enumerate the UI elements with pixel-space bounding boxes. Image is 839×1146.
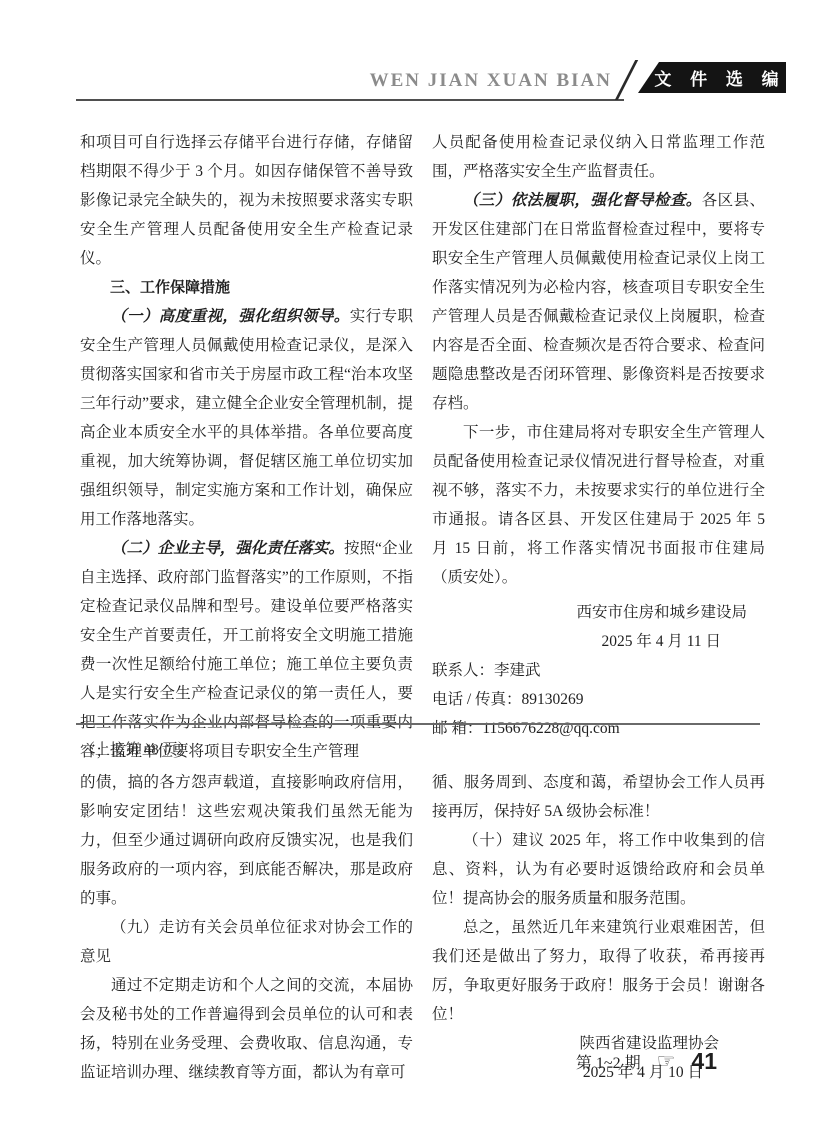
paragraph: 通过不定期走访和个人之间的交流，本届协会及秘书处的工作普遍得到会员单位的认可和表… (80, 971, 413, 1087)
document-page: WEN JIAN XUAN BIAN 文 件 选 编 和项目可自行选择云存储平台… (0, 0, 839, 1146)
section-divider-rule (76, 723, 760, 725)
paragraph: 循、服务周到、态度和蔼，希望协会工作人员再接再厉，保持好 5A 级协会标准！ (432, 768, 765, 826)
contact-block: 联系人：李建武 电话 / 传真：89130269 邮 箱：1156676228@… (432, 656, 765, 743)
signature-date: 2025 年 4 月 11 日 (432, 627, 765, 656)
paragraph: （二）企业主导，强化责任落实。按照“企业自主选择、政府部门监督落实”的工作原则，… (80, 534, 413, 766)
paragraph-body: 按照“企业自主选择、政府部门监督落实”的工作原则，不指定检查记录仪品牌和型号。建… (80, 540, 413, 760)
document1-section: 和项目可自行选择云存储平台进行存储，存储留档期限不得少于 3 个月。如因存储保管… (80, 128, 765, 766)
signature-organization: 西安市住房和城乡建设局 (432, 598, 765, 627)
document1-right-column: 人员配备使用检查记录仪纳入日常监理工作范围，严格落实安全生产监督责任。 （三）依… (432, 128, 765, 766)
paragraph: （十）建议 2025 年，将工作中收集到的信息、资料，认为有必要时返馈给政府和会… (432, 826, 765, 913)
paragraph: 的债，搞的各方怨声载道，直接影响政府信用，影响安定团结！这些宏观决策我们虽然无能… (80, 768, 413, 913)
journal-pinyin: WEN JIAN XUAN BIAN (370, 70, 612, 92)
paragraph: （一）高度重视，强化组织领导。实行专职安全生产管理人员佩戴使用检查记录仪，是深入… (80, 302, 413, 534)
paragraph-lead: （三）依法履职，强化督导检查。 (463, 192, 702, 209)
paragraph-body: 实行专职安全生产管理人员佩戴使用检查记录仪，是深入贯彻落实国家和省市关于房屋市政… (80, 308, 413, 528)
paragraph-lead: （一）高度重视，强化组织领导。 (111, 308, 350, 325)
journal-title: 文 件 选 编 (638, 65, 785, 90)
paragraph: （九）走访有关会员单位征求对协会工作的意见 (80, 913, 413, 971)
paragraph: 和项目可自行选择云存储平台进行存储，存储留档期限不得少于 3 个月。如因存储保管… (80, 128, 413, 273)
paragraph: （三）依法履职，强化督导检查。各区县、开发区住建部门在日常监督检查过程中，要将专… (432, 186, 765, 418)
paragraph: 人员配备使用检查记录仪纳入日常监理工作范围，严格落实安全生产监督责任。 (432, 128, 765, 186)
pointing-hand-icon: ☞ (657, 1051, 676, 1072)
section-heading: 三、工作保障措施 (80, 273, 413, 302)
contact-email: 邮 箱：1156676228@qq.com (432, 714, 765, 743)
document2-section: 的债，搞的各方怨声载道，直接影响政府信用，影响安定团结！这些宏观决策我们虽然无能… (80, 768, 765, 1087)
page-number: 41 (691, 1048, 717, 1075)
header-slash-decoration (615, 60, 638, 100)
paragraph-lead: （二）企业主导，强化责任落实。 (111, 540, 344, 557)
journal-title-box: 文 件 选 编 (638, 62, 786, 93)
paragraph: 总之，虽然近几年来建筑行业艰难困苦，但我们还是做出了努力，取得了收获，希再接再厉… (432, 913, 765, 1029)
issue-number: 第 1~2 期 (576, 1050, 641, 1073)
continuation-note: （上接第 48 页） (80, 736, 193, 765)
header-rule (76, 99, 624, 101)
page-footer: 第 1~2 期 ☞ 41 (576, 1048, 717, 1075)
document2-left-column: 的债，搞的各方怨声载道，直接影响政府信用，影响安定团结！这些宏观决策我们虽然无能… (80, 768, 413, 1087)
document1-left-column: 和项目可自行选择云存储平台进行存储，存储留档期限不得少于 3 个月。如因存储保管… (80, 128, 413, 766)
contact-phone: 电话 / 传真：89130269 (432, 685, 765, 714)
paragraph: 下一步，市住建局将对专职安全生产管理人员配备使用检查记录仪情况进行督导检查，对重… (432, 418, 765, 592)
contact-person: 联系人：李建武 (432, 656, 765, 685)
document2-right-column: 循、服务周到、态度和蔼，希望协会工作人员再接再厉，保持好 5A 级协会标准！ （… (432, 768, 765, 1087)
paragraph-body: 各区县、开发区住建部门在日常监督检查过程中，要将专职安全生产管理人员佩戴使用检查… (432, 192, 765, 412)
